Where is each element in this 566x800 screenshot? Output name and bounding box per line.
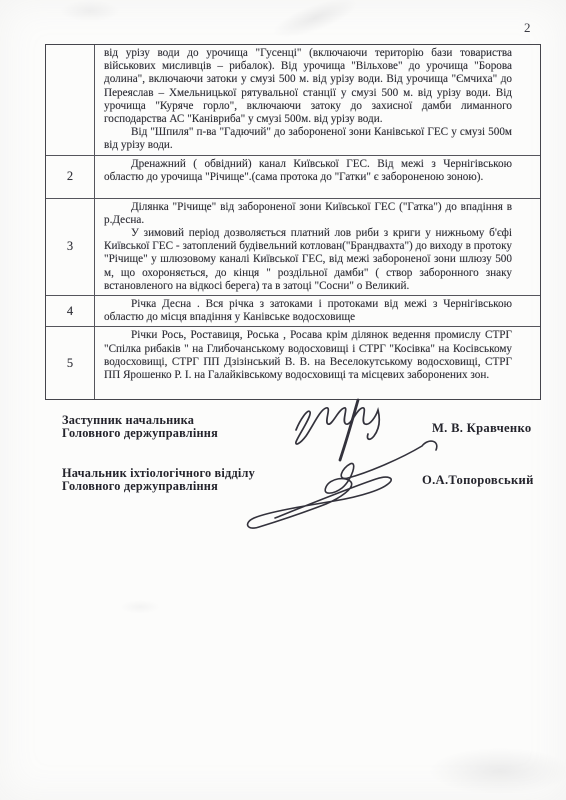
scan-smudge: [268, 0, 361, 46]
row-number: 5: [46, 327, 95, 399]
row-text: Річки Рось, Роставиця, Роська , Росава к…: [95, 327, 540, 399]
row-paragraph: Від "Шпиля" п-ва "Гадючий" до заборонено…: [104, 126, 512, 152]
signatory-title-deputy-head: Заступник начальника Головного держуправ…: [62, 414, 218, 440]
row-text: Ділянка "Річище" від забороненої зони Ки…: [95, 199, 540, 295]
row-number: 3: [46, 199, 95, 295]
scan-smudge: [430, 748, 566, 794]
signatory-title-line: Головного держуправління: [62, 427, 218, 440]
table-row: 5 Річки Рось, Роставиця, Роська , Росава…: [46, 327, 540, 399]
row-text: Дренажний ( обвідний) канал Київської ГЕ…: [95, 156, 540, 198]
row-paragraph: Річка Десна . Вся річка з затоками і про…: [104, 298, 512, 324]
signatory-title-line: Головного держуправління: [62, 480, 255, 493]
page-number: 2: [524, 20, 531, 36]
row-number: 4: [46, 296, 95, 326]
row-paragraph: від урізу води до урочища "Гусенці" (вкл…: [104, 47, 512, 126]
table-row: від урізу води до урочища "Гусенці" (вкл…: [46, 45, 540, 156]
row-text: Річка Десна . Вся річка з затоками і про…: [95, 296, 540, 326]
signatory-title-ichthyology-head: Начальник іхтіологічного відділу Головно…: [62, 467, 255, 493]
table-row: 2 Дренажний ( обвідний) канал Київської …: [46, 156, 540, 199]
row-number: 2: [46, 156, 95, 198]
row-paragraph: Річки Рось, Роставиця, Роська , Росава к…: [104, 329, 512, 382]
table-row: 4 Річка Десна . Вся річка з затоками і п…: [46, 296, 540, 327]
scan-smudge: [60, 0, 120, 22]
row-paragraph: Дренажний ( обвідний) канал Київської ГЕ…: [104, 158, 512, 184]
handwritten-signature-kravchenko: [288, 396, 403, 468]
row-paragraph: У зимовий період дозволяється платний ло…: [104, 227, 512, 293]
scan-smudge: [120, 600, 160, 614]
row-paragraph: Ділянка "Річище" від забороненої зони Ки…: [104, 201, 512, 227]
table-row: 3 Ділянка "Річище" від забороненої зони …: [46, 199, 540, 296]
fishing-zones-table: від урізу води до урочища "Гусенці" (вкл…: [45, 44, 541, 400]
scanned-document-page: 2 від урізу води до урочища "Гусенці" (в…: [0, 0, 566, 800]
handwritten-signature-toporovskyi: [230, 428, 445, 536]
signatory-name-toporovskyi: О.А.Топоровський: [422, 473, 534, 488]
row-text: від урізу води до урочища "Гусенці" (вкл…: [95, 45, 540, 155]
signatory-name-kravchenko: М. В. Кравченко: [432, 421, 531, 436]
row-number: [46, 45, 95, 155]
